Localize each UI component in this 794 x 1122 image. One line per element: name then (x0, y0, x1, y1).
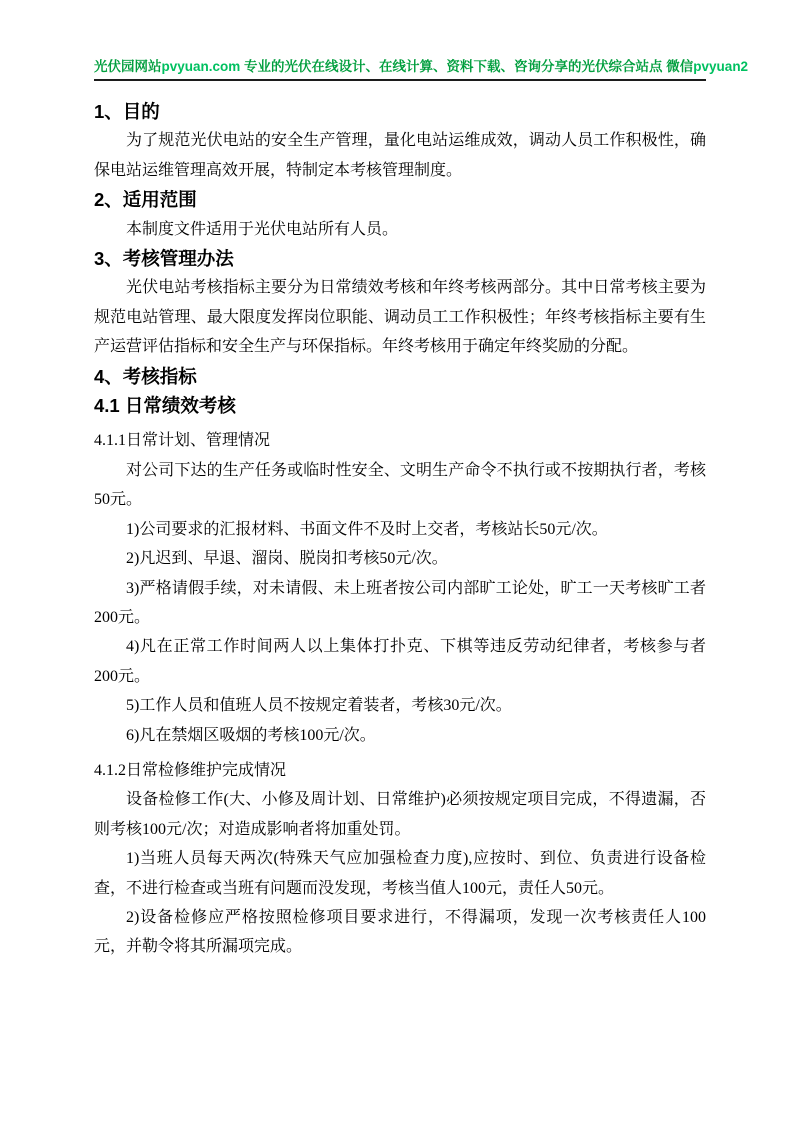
paragraph: 为了规范光伏电站的安全生产管理，量化电站运维成效，调动人员工作积极性，确保电站运… (94, 126, 706, 185)
site-branding-header: 光伏园网站pvyuan.com 专业的光伏在线设计、在线计算、资料下载、咨询分享… (94, 57, 706, 81)
subsection-heading-4-1: 4.1 日常绩效考核 (94, 391, 706, 420)
list-item-1: 1)当班人员每天两次(特殊天气应加强检查力度),应按时、到位、负责进行设备检查，… (94, 844, 706, 903)
section-heading-2-scope: 2、适用范围 (94, 185, 706, 214)
document-body: 1、目的 为了规范光伏电站的安全生产管理，量化电站运维成效，调动人员工作积极性，… (94, 97, 706, 962)
list-item-4: 4)凡在正常工作时间两人以上集体打扑克、下棋等违反劳动纪律者，考核参与者200元… (94, 632, 706, 691)
list-item-3: 3)严格请假手续，对未请假、未上班者按公司内部旷工论处，旷工一天考核旷工者200… (94, 574, 706, 633)
header-wechat-id: pvyuan2 (693, 59, 748, 74)
section-heading-4-indicators: 4、考核指标 (94, 362, 706, 391)
paragraph: 对公司下达的生产任务或临时性安全、文明生产命令不执行或不按期执行者，考核50元。 (94, 456, 706, 515)
header-site-tagline: 专业的光伏在线设计、在线计算、资料下载、咨询分享的光伏综合站点 微信 (240, 59, 693, 74)
list-item-2: 2)凡迟到、早退、溜岗、脱岗扣考核50元/次。 (94, 544, 706, 573)
list-item-2: 2)设备检修应严格按照检修项目要求进行，不得漏项，发现一次考核责任人100元，并… (94, 903, 706, 962)
list-item-5: 5)工作人员和值班人员不按规定着装者，考核30元/次。 (94, 691, 706, 720)
subsection-heading-4-1-2: 4.1.2日常检修维护完成情况 (94, 756, 706, 785)
document-page: 光伏园网站pvyuan.com 专业的光伏在线设计、在线计算、资料下载、咨询分享… (94, 0, 706, 962)
list-item-1: 1)公司要求的汇报材料、书面文件不及时上交者，考核站长50元/次。 (94, 515, 706, 544)
section-heading-1-purpose: 1、目的 (94, 97, 706, 126)
paragraph: 本制度文件适用于光伏电站所有人员。 (94, 215, 706, 244)
list-item-6: 6)凡在禁烟区吸烟的考核100元/次。 (94, 721, 706, 750)
section-heading-3-method: 3、考核管理办法 (94, 244, 706, 273)
header-site-name: 光伏园网站 (94, 59, 162, 74)
paragraph: 光伏电站考核指标主要分为日常绩效考核和年终考核两部分。其中日常考核主要为规范电站… (94, 273, 706, 361)
paragraph: 设备检修工作(大、小修及周计划、日常维护)必须按规定项目完成，不得遗漏，否则考核… (94, 785, 706, 844)
subsection-heading-4-1-1: 4.1.1日常计划、管理情况 (94, 426, 706, 455)
header-site-url: pvyuan.com (162, 59, 241, 74)
